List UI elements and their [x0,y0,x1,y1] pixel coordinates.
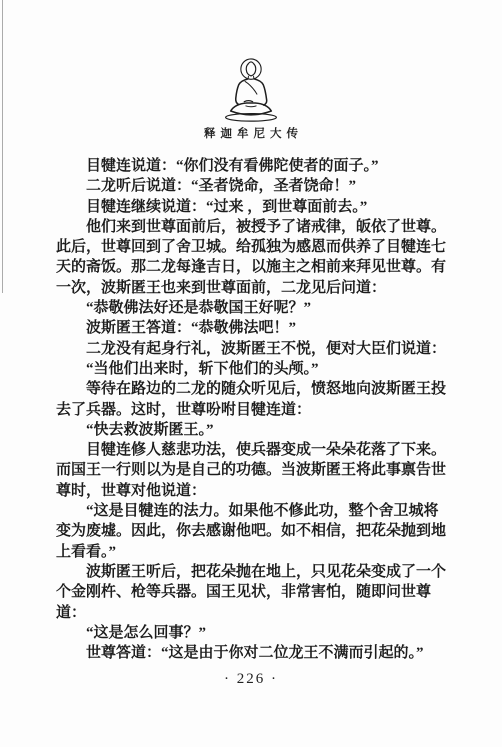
text-line: 目犍连修人慈悲功法，使兵器变成一朵朵花落了下来。 [56,440,448,460]
seated-buddha-icon [208,56,294,122]
text-line: “快去救波斯匿王。” [56,420,448,440]
page-number: · 226 · [0,671,502,688]
buddha-illustration [0,56,502,122]
text-line: “当他们出来时，斩下他们的头颅。” [56,359,448,379]
scan-edge-artifact [2,0,3,293]
text-line: “恭敬佛法好还是恭敬国王好呢？” [56,298,448,318]
book-page: 释迦牟尼大传 目犍连说道：“你们没有看佛陀使者的面子。” 二龙听后说道：“圣者饶… [0,0,502,747]
text-line: 二龙听后说道：“圣者饶命，圣者饶命！” [56,176,448,196]
text-line: “这是目犍连的法力。如果他不修此功，整个舍卫城将 [56,501,448,521]
text-line: 个金刚杵、枪等兵器。国王见状，非常害怕，随即问世尊 [56,582,448,602]
text-line: 此后，世尊回到了舍卫城。给孤独为感恩而供养了目犍连七 [56,237,448,257]
book-title: 释迦牟尼大传 [0,125,502,141]
text-line: 目犍连说道：“你们没有看佛陀使者的面子。” [56,156,448,176]
text-line: 上看看。” [56,542,448,562]
text-line: 而国王一行则以为是自己的功德。当波斯匿王将此事禀告世 [56,460,448,480]
text-line: 波斯匿王答道：“恭敬佛法吧！” [56,318,448,338]
text-line: 波斯匿王听后，把花朵抛在地上，只见花朵变成了一个 [56,562,448,582]
text-line: 天的斋饭。那二龙每逢吉日，以施主之相前来拜见世尊。有 [56,257,448,277]
text-line: 目犍连继续说道：“过来 ，到世尊面前去。” [56,197,448,217]
text-line: 尊时，世尊对他说道： [56,481,448,501]
text-line: 变为废墟。因此，你去感谢他吧。如不相信，把花朵抛到地 [56,521,448,541]
body-text: 目犍连说道：“你们没有看佛陀使者的面子。” 二龙听后说道：“圣者饶命，圣者饶命！… [56,156,448,663]
text-line: 等待在路边的二龙的随众听见后，愤怒地向波斯匿王投 [56,379,448,399]
text-line: 二龙没有起身行礼，波斯匿王不悦，便对大臣们说道： [56,339,448,359]
text-line: 去了兵器。这时，世尊吩咐目犍连道： [56,400,448,420]
page-header: 释迦牟尼大传 [0,56,502,141]
text-line: 世尊答道：“这是由于你对二位龙王不满而引起的。” [56,643,448,663]
text-line: 一次，波斯匿王也来到世尊面前，二龙见后问道： [56,278,448,298]
text-line: 道： [56,603,448,623]
text-line: 他们来到世尊面前后，被授予了诸戒律，皈依了世尊。 [56,217,448,237]
text-line: “这是怎么回事？” [56,623,448,643]
